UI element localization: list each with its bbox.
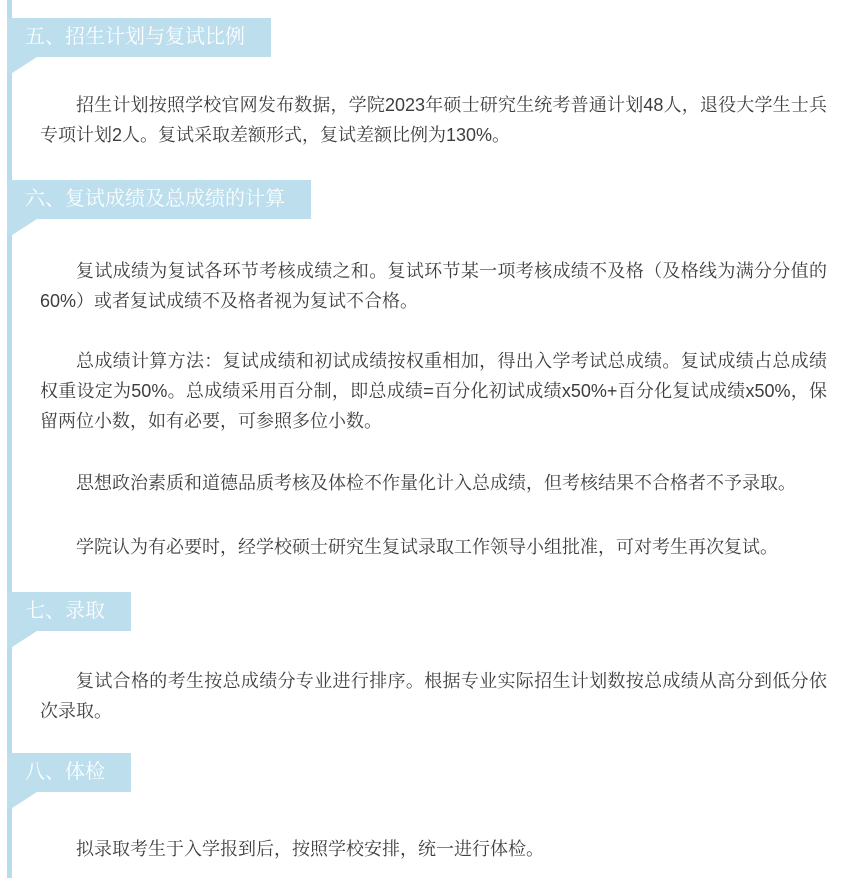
section-title-banner: 六、复试成绩及总成绩的计算 [7, 180, 311, 219]
paragraph: 学院认为有必要时，经学校硕士研究生复试录取工作领导小组批准，可对考生再次复试。 [40, 532, 827, 562]
section-title-banner: 五、招生计划与复试比例 [7, 18, 271, 57]
section-admission: 七、录取 复试合格的考生按总成绩分专业进行排序。根据专业实际招生计划数按总成绩从… [0, 592, 841, 726]
section-title-banner: 八、体检 [7, 753, 131, 792]
paragraph: 招生计划按照学校官网发布数据，学院2023年硕士研究生统考普通计划48人，退役大… [40, 90, 827, 150]
document-page: 五、招生计划与复试比例 招生计划按照学校官网发布数据，学院2023年硕士研究生统… [0, 0, 841, 883]
paragraph: 总成绩计算方法：复试成绩和初试成绩按权重相加，得出入学考试总成绩。复试成绩占总成… [40, 346, 827, 436]
section-title: 五、招生计划与复试比例 [25, 26, 245, 48]
paragraph: 复试合格的考生按总成绩分专业进行排序。根据专业实际招生计划数按总成绩从高分到低分… [40, 666, 827, 726]
paragraph: 复试成绩为复试各环节考核成绩之和。复试环节某一项考核成绩不及格（及格线为满分分值… [40, 256, 827, 316]
section-score-calculation: 六、复试成绩及总成绩的计算 复试成绩为复试各环节考核成绩之和。复试环节某一项考核… [0, 180, 841, 562]
document-content: 五、招生计划与复试比例 招生计划按照学校官网发布数据，学院2023年硕士研究生统… [0, 18, 841, 864]
section-title: 八、体检 [25, 761, 105, 783]
paragraph: 思想政治素质和道德品质考核及体检不作量化计入总成绩，但考核结果不合格者不予录取。 [40, 468, 827, 498]
section-physical-exam: 八、体检 拟录取考生于入学报到后，按照学校安排，统一进行体检。 [0, 753, 841, 864]
section-title: 六、复试成绩及总成绩的计算 [25, 188, 285, 210]
section-enrollment-plan: 五、招生计划与复试比例 招生计划按照学校官网发布数据，学院2023年硕士研究生统… [0, 18, 841, 150]
section-title-banner: 七、录取 [7, 592, 131, 631]
paragraph: 拟录取考生于入学报到后，按照学校安排，统一进行体检。 [40, 834, 827, 864]
section-title: 七、录取 [25, 600, 105, 622]
